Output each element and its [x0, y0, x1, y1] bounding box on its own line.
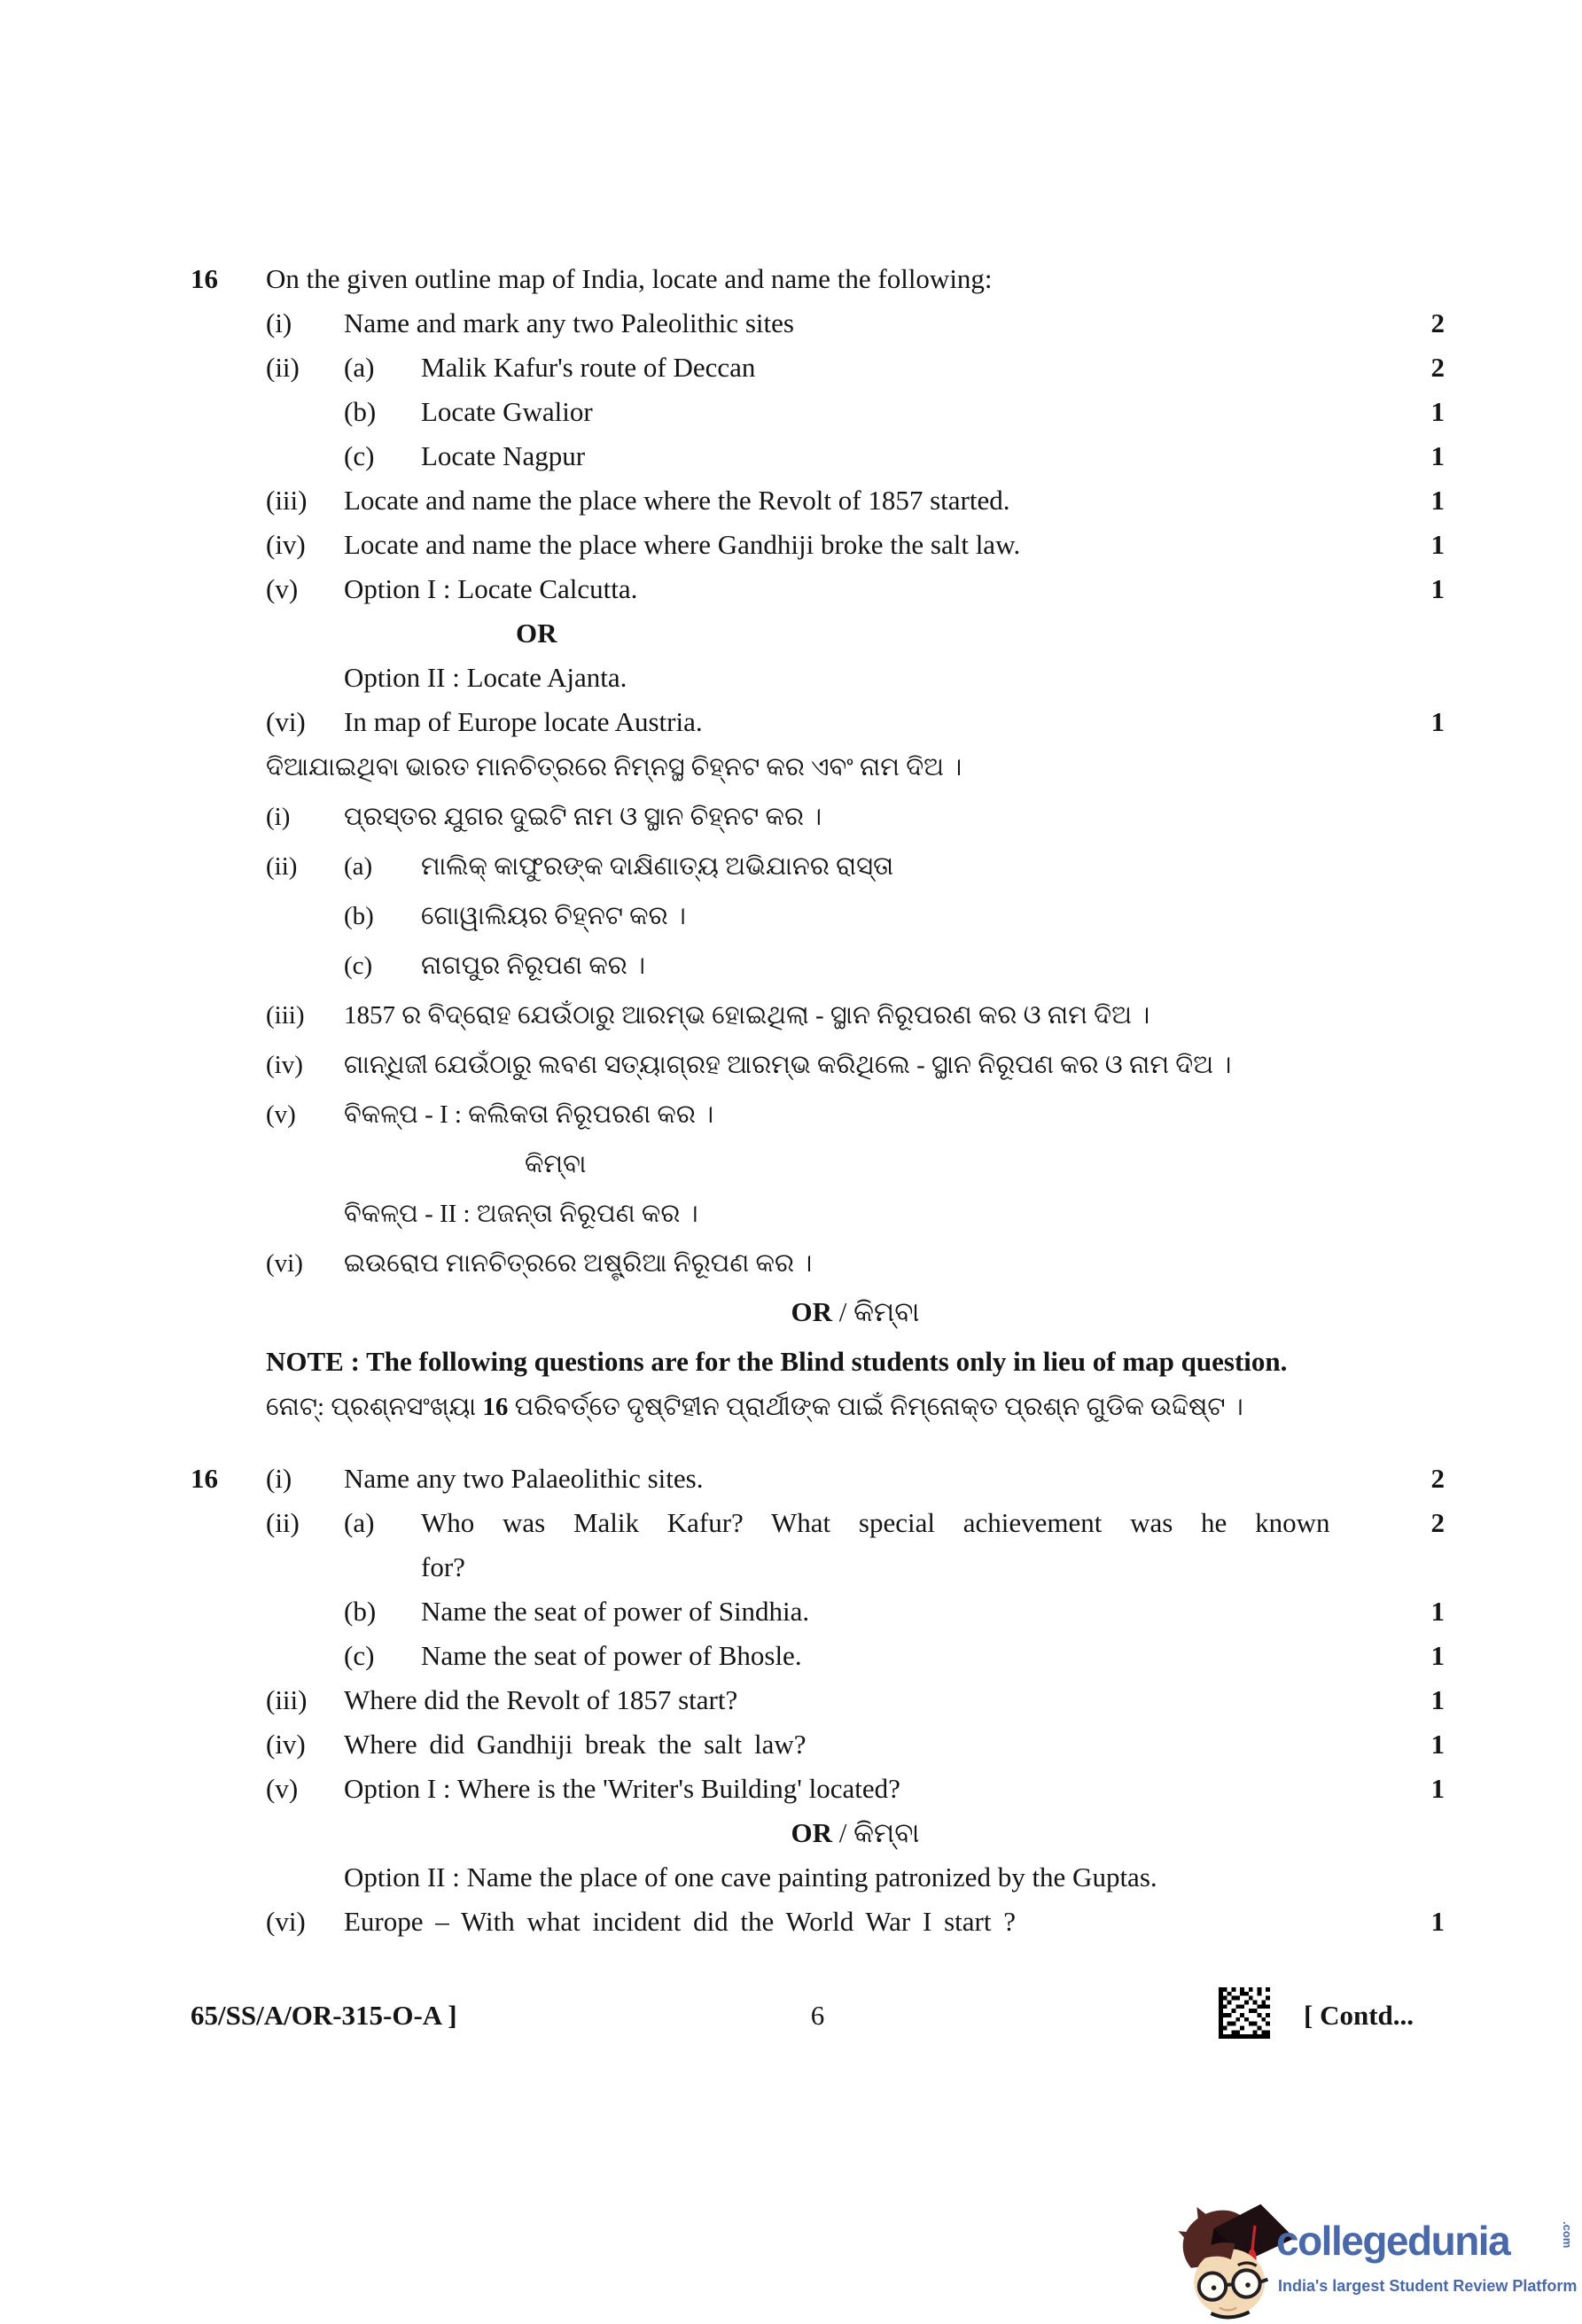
item-text: Name and mark any two Paleolithic sites: [344, 307, 1406, 340]
question-16-odia-rows: ଦିଆଯାଇଥିବା ଭାରତ ମାନଚିତ୍ରରେ ନିମ୍ନସ୍ଥ ଚିହ୍…: [266, 750, 1445, 1329]
item-number: (iv): [266, 1047, 344, 1083]
item-letter: (b): [344, 395, 421, 429]
item-letter: (a): [344, 1506, 421, 1540]
item-text: Who was Malik Kafur? What special achiev…: [421, 1506, 1406, 1540]
question-row: (i)ପ୍ରସ୍ତର ଯୁଗର ଦୁଇଟି ନାମ ଓ ସ୍ଥାନ ଚିହ୍ନଟ…: [266, 799, 1445, 835]
note-section: NOTE : The following questions are for t…: [266, 1340, 1445, 1425]
divider-text: OR: [516, 618, 557, 649]
item-number: (v): [266, 572, 344, 606]
divider-text: OR: [791, 1817, 833, 1848]
note-english: NOTE : The following questions are for t…: [266, 1340, 1383, 1384]
item-text: ବିକଳ୍ପ - II : ଅଜନ୍ତା ନିରୂପଣ କର ।: [344, 1196, 1406, 1232]
brand-wordmark: collegedunia: [1276, 2218, 1511, 2264]
item-text: ଗାନ୍ଧିଜୀ ଯେଉଁଠାରୁ ଲବଣ ସତ୍ୟାଗ୍ରହ ଆରମ୍ଭ କର…: [344, 1047, 1406, 1083]
item-text: Name any two Palaeolithic sites.: [344, 1462, 1406, 1496]
item-number: (ii): [266, 849, 344, 884]
question-16-english-rows: (i)Name and mark any two Paleolithic sit…: [266, 307, 1445, 739]
question-row: (iii)Where did the Revolt of 1857 start?…: [266, 1683, 1445, 1717]
datamatrix-barcode-icon: [1219, 1986, 1270, 2040]
item-letter: (b): [344, 898, 421, 934]
question-row: (c)ନାଗପୁର ନିରୂପଣ କର ।: [266, 948, 1445, 983]
item-number: (vi): [266, 1246, 344, 1281]
question-row: (v)ବିକଳ୍ପ - I : କଲିକତା ନିରୂପରଣ କର ।: [266, 1097, 1445, 1132]
item-number: (ii): [266, 1506, 344, 1540]
question-16-blind-rows: (i)Name any two Palaeolithic sites.2(ii)…: [266, 1462, 1445, 1939]
marks-value: 1: [1406, 1683, 1445, 1717]
question-16-odia-section: ଦିଆଯାଇଥିବା ଭାରତ ମାନଚିତ୍ରରେ ନିମ୍ନସ୍ଥ ଚିହ୍…: [266, 750, 1445, 1329]
item-text: ଇଉରୋପ ମାନଚିତ୍ରରେ ଅଷ୍ଟ୍ରିଆ ନିରୂପଣ କର ।: [344, 1246, 1406, 1281]
marks-value: 1: [1406, 528, 1445, 562]
divider-text: / କିମ୍ବା: [832, 1296, 919, 1327]
item-text: Locate Gwalior: [421, 395, 1406, 429]
question-row: for?: [266, 1551, 1445, 1584]
item-text: Malik Kafur's route of Deccan: [421, 351, 1406, 385]
question-16-blind-section: 16 (i)Name any two Palaeolithic sites.2(…: [266, 1462, 1445, 1939]
exam-paper-page: 16 On the given outline map of India, lo…: [0, 0, 1582, 2324]
marks-value: 1: [1406, 439, 1445, 473]
question-row: (iv)Locate and name the place where Gand…: [266, 528, 1445, 562]
question-number: 16: [191, 1462, 218, 1496]
brand-tld: .com: [1561, 2221, 1574, 2248]
question-row: (ii)(a)ମାଲିକ୍ କାଫୁରଙ୍କ ଦାକ୍ଷିଣାତ୍ୟ ଅଭିଯା…: [266, 849, 1445, 884]
item-number: (iii): [266, 998, 344, 1033]
question-row: (v)Option I : Locate Calcutta.1: [266, 572, 1445, 606]
or-divider-bilingual: OR / କିମ୍ବା: [266, 1295, 1445, 1329]
question-row: (b)ଗୋୱାଲିୟର ଚିହ୍ନଟ କର ।: [266, 898, 1445, 934]
divider-text: OR: [791, 1296, 833, 1327]
item-text: Option II : Locate Ajanta.: [344, 661, 1406, 695]
item-letter: (a): [344, 849, 421, 884]
question-row: (iii)Locate and name the place where the…: [266, 484, 1445, 517]
question-row: (i)Name and mark any two Paleolithic sit…: [266, 307, 1445, 340]
question-row: (b)Name the seat of power of Sindhia.1: [266, 1595, 1445, 1628]
note-odia: ନୋଟ୍: ପ୍ରଶ୍ନସଂଖ୍ୟା 16 ପରିବର୍ତ୍ତେ ଦୃଷ୍ଟିହ…: [266, 1389, 1445, 1425]
item-number: (v): [266, 1772, 344, 1806]
item-letter: (c): [344, 948, 421, 983]
item-text: Europe – With what incident did the Worl…: [344, 1905, 1406, 1939]
item-number: (vi): [266, 705, 344, 739]
marks-value: 2: [1406, 351, 1445, 385]
item-text: Where did the Revolt of 1857 start?: [344, 1683, 1406, 1717]
item-text: Name the seat of power of Bhosle.: [421, 1639, 1406, 1673]
item-letter: (a): [344, 351, 421, 385]
note-odia-prefix: ନୋଟ୍: ପ୍ରଶ୍ନସଂଖ୍ୟା: [266, 1393, 482, 1421]
marks-value: 1: [1406, 1728, 1445, 1761]
page-content: 16 On the given outline map of India, lo…: [191, 262, 1445, 1949]
marks-value: 1: [1406, 395, 1445, 429]
question-row: Option II : Name the place of one cave p…: [266, 1861, 1445, 1894]
item-text: Where did Gandhiji break the salt law?: [344, 1728, 1406, 1761]
item-number: (vi): [266, 1905, 344, 1939]
item-number: (iii): [266, 1683, 344, 1717]
marks-value: 1: [1406, 705, 1445, 739]
divider-text: / କିମ୍ବା: [832, 1817, 919, 1848]
item-number: (iv): [266, 528, 344, 562]
note-odia-qnum: 16: [482, 1393, 508, 1421]
item-number: (v): [266, 1097, 344, 1132]
item-text: Option II : Name the place of one cave p…: [344, 1861, 1406, 1894]
item-number: (iv): [266, 1728, 344, 1761]
or-divider-bilingual: OR / କିମ୍ବା: [266, 1816, 1445, 1850]
item-text: ପ୍ରସ୍ତର ଯୁଗର ଦୁଇଟି ନାମ ଓ ସ୍ଥାନ ଚିହ୍ନଟ କର…: [344, 799, 1406, 835]
marks-value: 2: [1406, 307, 1445, 340]
or-divider: OR: [516, 617, 1445, 650]
question-row: (c)Name the seat of power of Bhosle.1: [266, 1639, 1445, 1673]
item-number: (i): [266, 1462, 344, 1496]
item-number: (i): [266, 307, 344, 340]
item-text: Locate and name the place where the Revo…: [344, 484, 1406, 517]
item-number: (ii): [266, 351, 344, 385]
marks-value: 1: [1406, 1905, 1445, 1939]
item-text: ନାଗପୁର ନିରୂପଣ କର ।: [421, 948, 1406, 983]
brand-tagline: India's largest Student Review Platform: [1278, 2277, 1577, 2295]
marks-value: 2: [1406, 1506, 1445, 1540]
divider-text: ଦିଆଯାଇଥିବା ଭାରତ ମାନଚିତ୍ରରେ ନିମ୍ନସ୍ଥ ଚିହ୍…: [266, 753, 962, 781]
question-intro: On the given outline map of India, locat…: [266, 262, 1445, 296]
question-row: (b)Locate Gwalior1: [266, 395, 1445, 429]
contd-label: [ Contd...: [1304, 1999, 1414, 2033]
item-text: Name the seat of power of Sindhia.: [421, 1595, 1406, 1628]
item-text: ବିକଳ୍ପ - I : କଲିକତା ନିରୂପରଣ କର ।: [344, 1097, 1406, 1132]
item-letter: (c): [344, 1639, 421, 1673]
item-number: (i): [266, 799, 344, 835]
question-row: (iv)Where did Gandhiji break the salt la…: [266, 1728, 1445, 1761]
item-number: (iii): [266, 484, 344, 517]
page-footer: 65/SS/A/OR-315-O-A ] 6: [191, 1995, 1582, 2057]
marks-value: 2: [1406, 1462, 1445, 1496]
marks-value: 1: [1406, 484, 1445, 517]
question-row: (v)Option I : Where is the 'Writer's Bui…: [266, 1772, 1445, 1806]
question-16-map-section: 16 On the given outline map of India, lo…: [266, 262, 1445, 739]
note-odia-suffix: ପରିବର୍ତ୍ତେ ଦୃଷ୍ଟିହୀନ ପ୍ରାର୍ଥୀଙ୍କ ପାଇଁ ନି…: [508, 1393, 1243, 1421]
item-text: for?: [421, 1551, 1406, 1584]
question-row: (vi)Europe – With what incident did the …: [266, 1905, 1445, 1939]
item-text: Locate Nagpur: [421, 439, 1406, 473]
item-text: Locate and name the place where Gandhiji…: [344, 528, 1406, 562]
question-row: (c)Locate Nagpur1: [266, 439, 1445, 473]
item-letter: (b): [344, 1595, 421, 1628]
question-row: Option II : Locate Ajanta.: [266, 661, 1445, 695]
item-text: ଗୋୱାଲିୟର ଚିହ୍ନଟ କର ।: [421, 898, 1406, 934]
question-row: (vi)In map of Europe locate Austria.1: [266, 705, 1445, 739]
marks-value: 1: [1406, 1639, 1445, 1673]
marks-value: 1: [1406, 572, 1445, 606]
question-row: (i)Name any two Palaeolithic sites.2: [266, 1462, 1445, 1496]
collegedunia-logo: collegedunia .com India's largest Studen…: [1163, 2173, 1582, 2324]
question-row: (vi)ଇଉରୋପ ମାନଚିତ୍ରରେ ଅଷ୍ଟ୍ରିଆ ନିରୂପଣ କର …: [266, 1246, 1445, 1281]
odia-intro: ଦିଆଯାଇଥିବା ଭାରତ ମାନଚିତ୍ରରେ ନିମ୍ନସ୍ଥ ଚିହ୍…: [266, 750, 1445, 785]
item-letter: (c): [344, 439, 421, 473]
item-text: Option I : Locate Calcutta.: [344, 572, 1406, 606]
marks-value: 1: [1406, 1595, 1445, 1628]
item-text: In map of Europe locate Austria.: [344, 705, 1406, 739]
question-row: (ii)(a)Malik Kafur's route of Deccan2: [266, 351, 1445, 385]
divider-text: କିମ୍ବା: [525, 1150, 587, 1178]
item-text: Option I : Where is the 'Writer's Buildi…: [344, 1772, 1406, 1806]
item-text: ମାଲିକ୍ କାଫୁରଙ୍କ ଦାକ୍ଷିଣାତ୍ୟ ଅଭିଯାନର ରାସ୍…: [421, 849, 1406, 884]
question-row: (iv)ଗାନ୍ଧିଜୀ ଯେଉଁଠାରୁ ଲବଣ ସତ୍ୟାଗ୍ରହ ଆରମ୍…: [266, 1047, 1445, 1083]
question-row: ବିକଳ୍ପ - II : ଅଜନ୍ତା ନିରୂପଣ କର ।: [266, 1196, 1445, 1232]
or-divider-odia: କିମ୍ବା: [525, 1146, 1445, 1182]
question-intro-text: On the given outline map of India, locat…: [266, 263, 1001, 294]
question-row: (ii)(a)Who was Malik Kafur? What special…: [266, 1506, 1445, 1540]
question-row: (iii)1857 ର ବିଦ୍ରୋହ ଯେଉଁଠାରୁ ଆରମ୍ଭ ହୋଇଥି…: [266, 998, 1445, 1033]
item-text: 1857 ର ବିଦ୍ରୋହ ଯେଉଁଠାରୁ ଆରମ୍ଭ ହୋଇଥିଲା - …: [344, 998, 1406, 1033]
question-number: 16: [191, 262, 218, 296]
marks-value: 1: [1406, 1772, 1445, 1806]
